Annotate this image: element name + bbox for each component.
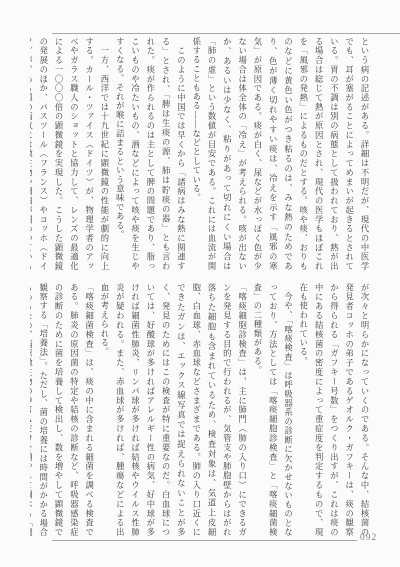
- header-rule: [52, 33, 400, 34]
- book-page: という病の記述がある。詳細は不明だが、現代の中医学でも、耳が塞がることによってめ…: [0, 0, 400, 567]
- lower-text-block: が次々と明らかになっていくのである。そんな中、結核菌の発見者コッホの弟子であるゲ…: [30, 283, 372, 537]
- upper-text-block: という病の記述がある。詳細は不明だが、現代の中医学でも、耳が塞がることによってめ…: [30, 37, 372, 271]
- page-number: 092: [360, 533, 377, 543]
- footer-rule: [52, 540, 357, 541]
